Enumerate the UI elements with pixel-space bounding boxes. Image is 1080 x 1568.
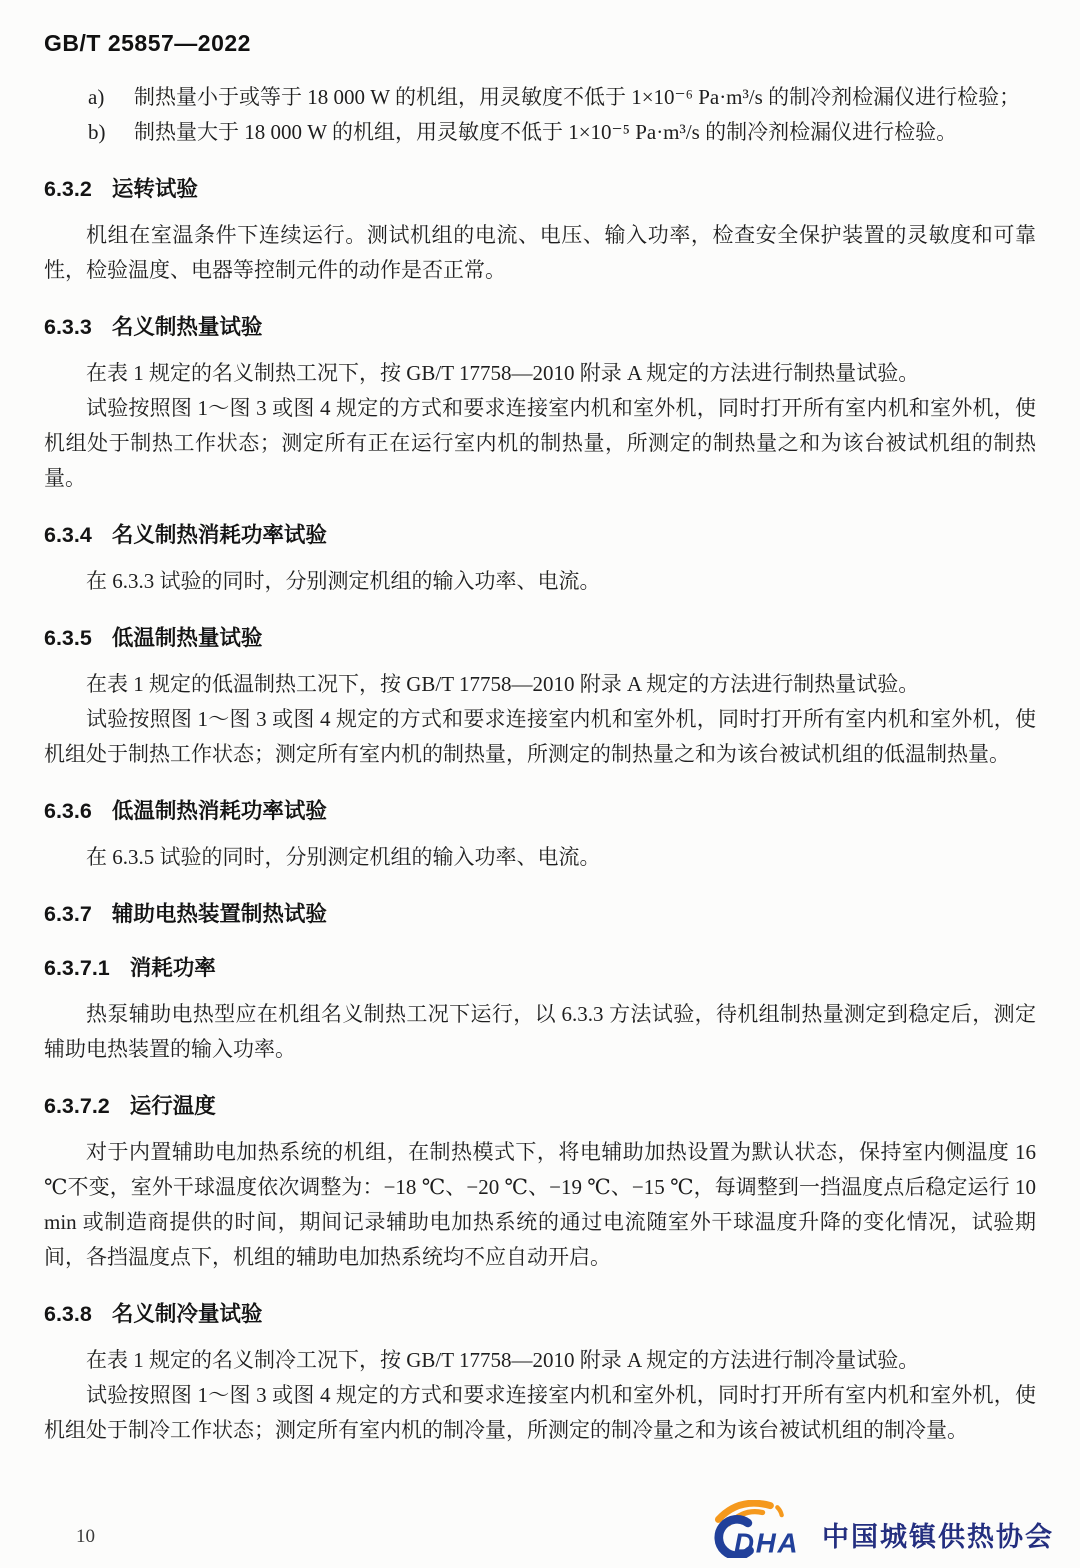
- section-number: 6.3.3: [44, 312, 92, 342]
- section-title: 名义制冷量试验: [112, 1302, 263, 1326]
- section-number: 6.3.6: [44, 796, 92, 826]
- body-paragraph: 在 6.3.3 试验的同时，分别测定机组的输入功率、电流。: [44, 564, 1036, 599]
- logo-acronym: DHA: [734, 1527, 799, 1558]
- page-number: 10: [76, 1526, 95, 1548]
- section-heading: 6.3.7.1消耗功率: [44, 953, 1036, 983]
- body-paragraph: 热泵辅助电热型应在机组名义制热工况下运行，以 6.3.3 方法试验，待机组制热量…: [44, 997, 1036, 1067]
- list-item-text: 制热量小于或等于 18 000 W 的机组，用灵敏度不低于 1×10⁻⁶ Pa·…: [134, 80, 1036, 115]
- section-number: 6.3.7.1: [44, 953, 110, 983]
- body-paragraph: 机组在室温条件下连续运行。测试机组的电流、电压、输入功率，检查安全保护装置的灵敏…: [44, 218, 1036, 288]
- section-heading: 6.3.8名义制冷量试验: [44, 1299, 1036, 1329]
- section-6-3-4: 6.3.4名义制热消耗功率试验 在 6.3.3 试验的同时，分别测定机组的输入功…: [44, 520, 1036, 599]
- section-number: 6.3.7: [44, 899, 92, 929]
- section-title: 低温制热量试验: [112, 626, 263, 650]
- section-6-3-2: 6.3.2运转试验 机组在室温条件下连续运行。测试机组的电流、电压、输入功率，检…: [44, 174, 1036, 288]
- lettered-list: a) 制热量小于或等于 18 000 W 的机组，用灵敏度不低于 1×10⁻⁶ …: [44, 80, 1036, 150]
- section-title: 运行温度: [130, 1094, 216, 1118]
- page-footer: 10 DHA 中国城镇供热协会: [0, 1504, 1080, 1568]
- section-6-3-3: 6.3.3名义制热量试验 在表 1 规定的名义制热工况下，按 GB/T 1775…: [44, 312, 1036, 496]
- body-paragraph: 在表 1 规定的低温制热工况下，按 GB/T 17758—2010 附录 A 规…: [44, 667, 1036, 702]
- body-paragraph: 在表 1 规定的名义制冷工况下，按 GB/T 17758—2010 附录 A 规…: [44, 1343, 1036, 1378]
- section-title: 名义制热消耗功率试验: [112, 523, 327, 547]
- section-heading: 6.3.3名义制热量试验: [44, 312, 1036, 342]
- section-heading: 6.3.7辅助电热装置制热试验: [44, 899, 1036, 929]
- section-6-3-7-1: 6.3.7.1消耗功率 热泵辅助电热型应在机组名义制热工况下运行，以 6.3.3…: [44, 953, 1036, 1067]
- body-paragraph: 试验按照图 1～图 3 或图 4 规定的方式和要求连接室内机和室外机，同时打开所…: [44, 702, 1036, 772]
- section-number: 6.3.2: [44, 174, 92, 204]
- section-6-3-7: 6.3.7辅助电热装置制热试验: [44, 899, 1036, 929]
- body-paragraph: 试验按照图 1～图 3 或图 4 规定的方式和要求连接室内机和室外机，同时打开所…: [44, 1378, 1036, 1448]
- body-paragraph: 试验按照图 1～图 3 或图 4 规定的方式和要求连接室内机和室外机，同时打开所…: [44, 391, 1036, 496]
- section-6-3-7-2: 6.3.7.2运行温度 对于内置辅助电加热系统的机组，在制热模式下，将电辅助加热…: [44, 1091, 1036, 1275]
- standard-number: GB/T 25857—2022: [44, 28, 1036, 58]
- section-title: 名义制热量试验: [112, 315, 263, 339]
- list-marker: b): [88, 115, 134, 150]
- section-title: 低温制热消耗功率试验: [112, 799, 327, 823]
- section-number: 6.3.5: [44, 623, 92, 653]
- section-number: 6.3.7.2: [44, 1091, 110, 1121]
- list-item-a: a) 制热量小于或等于 18 000 W 的机组，用灵敏度不低于 1×10⁻⁶ …: [44, 80, 1036, 115]
- cdha-logo: DHA 中国城镇供热协会: [708, 1500, 1054, 1558]
- section-heading: 6.3.6低温制热消耗功率试验: [44, 796, 1036, 826]
- logo-name: 中国城镇供热协会: [822, 1522, 1054, 1558]
- cdha-logo-icon: DHA: [708, 1500, 812, 1558]
- section-heading: 6.3.2运转试验: [44, 174, 1036, 204]
- section-heading: 6.3.4名义制热消耗功率试验: [44, 520, 1036, 550]
- section-title: 运转试验: [112, 177, 198, 201]
- section-heading: 6.3.5低温制热量试验: [44, 623, 1036, 653]
- section-number: 6.3.4: [44, 520, 92, 550]
- section-6-3-8: 6.3.8名义制冷量试验 在表 1 规定的名义制冷工况下，按 GB/T 1775…: [44, 1299, 1036, 1448]
- section-6-3-5: 6.3.5低温制热量试验 在表 1 规定的低温制热工况下，按 GB/T 1775…: [44, 623, 1036, 772]
- section-6-3-6: 6.3.6低温制热消耗功率试验 在 6.3.5 试验的同时，分别测定机组的输入功…: [44, 796, 1036, 875]
- body-paragraph: 在表 1 规定的名义制热工况下，按 GB/T 17758—2010 附录 A 规…: [44, 356, 1036, 391]
- document-page: GB/T 25857—2022 a) 制热量小于或等于 18 000 W 的机组…: [0, 0, 1080, 1568]
- section-number: 6.3.8: [44, 1299, 92, 1329]
- list-item-b: b) 制热量大于 18 000 W 的机组，用灵敏度不低于 1×10⁻⁵ Pa·…: [44, 115, 1036, 150]
- section-title: 消耗功率: [130, 956, 216, 980]
- list-marker: a): [88, 80, 134, 115]
- section-title: 辅助电热装置制热试验: [112, 902, 327, 926]
- body-paragraph: 在 6.3.5 试验的同时，分别测定机组的输入功率、电流。: [44, 840, 1036, 875]
- section-heading: 6.3.7.2运行温度: [44, 1091, 1036, 1121]
- body-paragraph: 对于内置辅助电加热系统的机组，在制热模式下，将电辅助加热设置为默认状态，保持室内…: [44, 1135, 1036, 1275]
- list-item-text: 制热量大于 18 000 W 的机组，用灵敏度不低于 1×10⁻⁵ Pa·m³/…: [134, 115, 1036, 150]
